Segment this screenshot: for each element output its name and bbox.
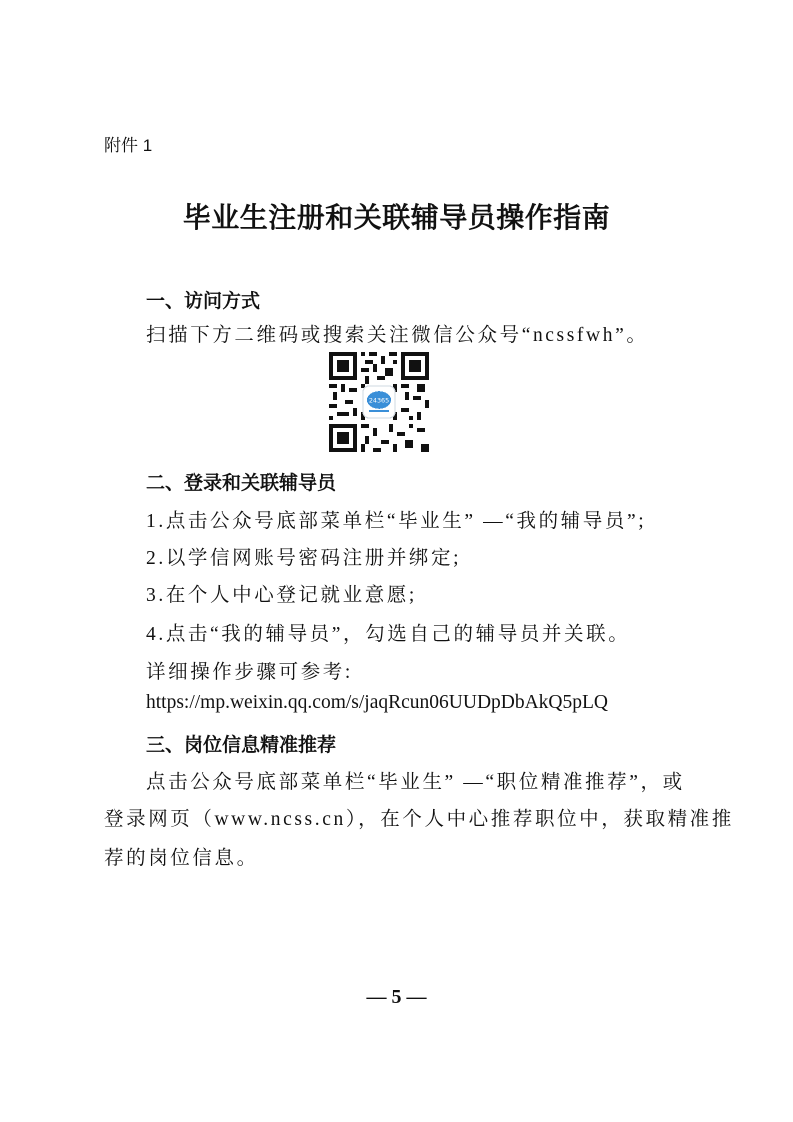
section-3-line-2: 登录网页（www.ncss.cn），在个人中心推荐职位中，获取精准推 <box>104 803 734 831</box>
step-2: 2.以学信网账号密码注册并绑定; <box>146 542 461 570</box>
step-3: 3.在个人中心登记就业意愿; <box>146 579 417 607</box>
reference-link[interactable]: https://mp.weixin.qq.com/s/jaqRcun06UUDp… <box>146 692 608 714</box>
attachment-label: 附件 1 <box>104 131 152 156</box>
section-3-heading: 三、岗位信息精准推荐 <box>146 730 336 757</box>
qr-code-icon: 24365 <box>329 352 429 452</box>
section-3-line-3: 荐的岗位信息。 <box>104 842 259 870</box>
svg-text:24365: 24365 <box>369 396 389 404</box>
reference-label: 详细操作步骤可参考: <box>146 656 353 684</box>
step-4: 4.点击“我的辅导员”，勾选自己的辅导员并关联。 <box>146 618 630 646</box>
step-1: 1.点击公众号底部菜单栏“毕业生” —“我的辅导员”; <box>146 505 646 533</box>
section-2-heading: 二、登录和关联辅导员 <box>146 468 336 495</box>
section-3-line-1: 点击公众号底部菜单栏“毕业生” —“职位精准推荐”，或 <box>146 766 685 794</box>
section-1-line: 扫描下方二维码或搜索关注微信公众号“ncssfwh”。 <box>146 319 648 347</box>
document-title: 毕业生注册和关联辅导员操作指南 <box>0 196 793 236</box>
section-1-heading: 一、访问方式 <box>146 286 260 313</box>
page-number: — 5 — <box>0 986 793 1009</box>
